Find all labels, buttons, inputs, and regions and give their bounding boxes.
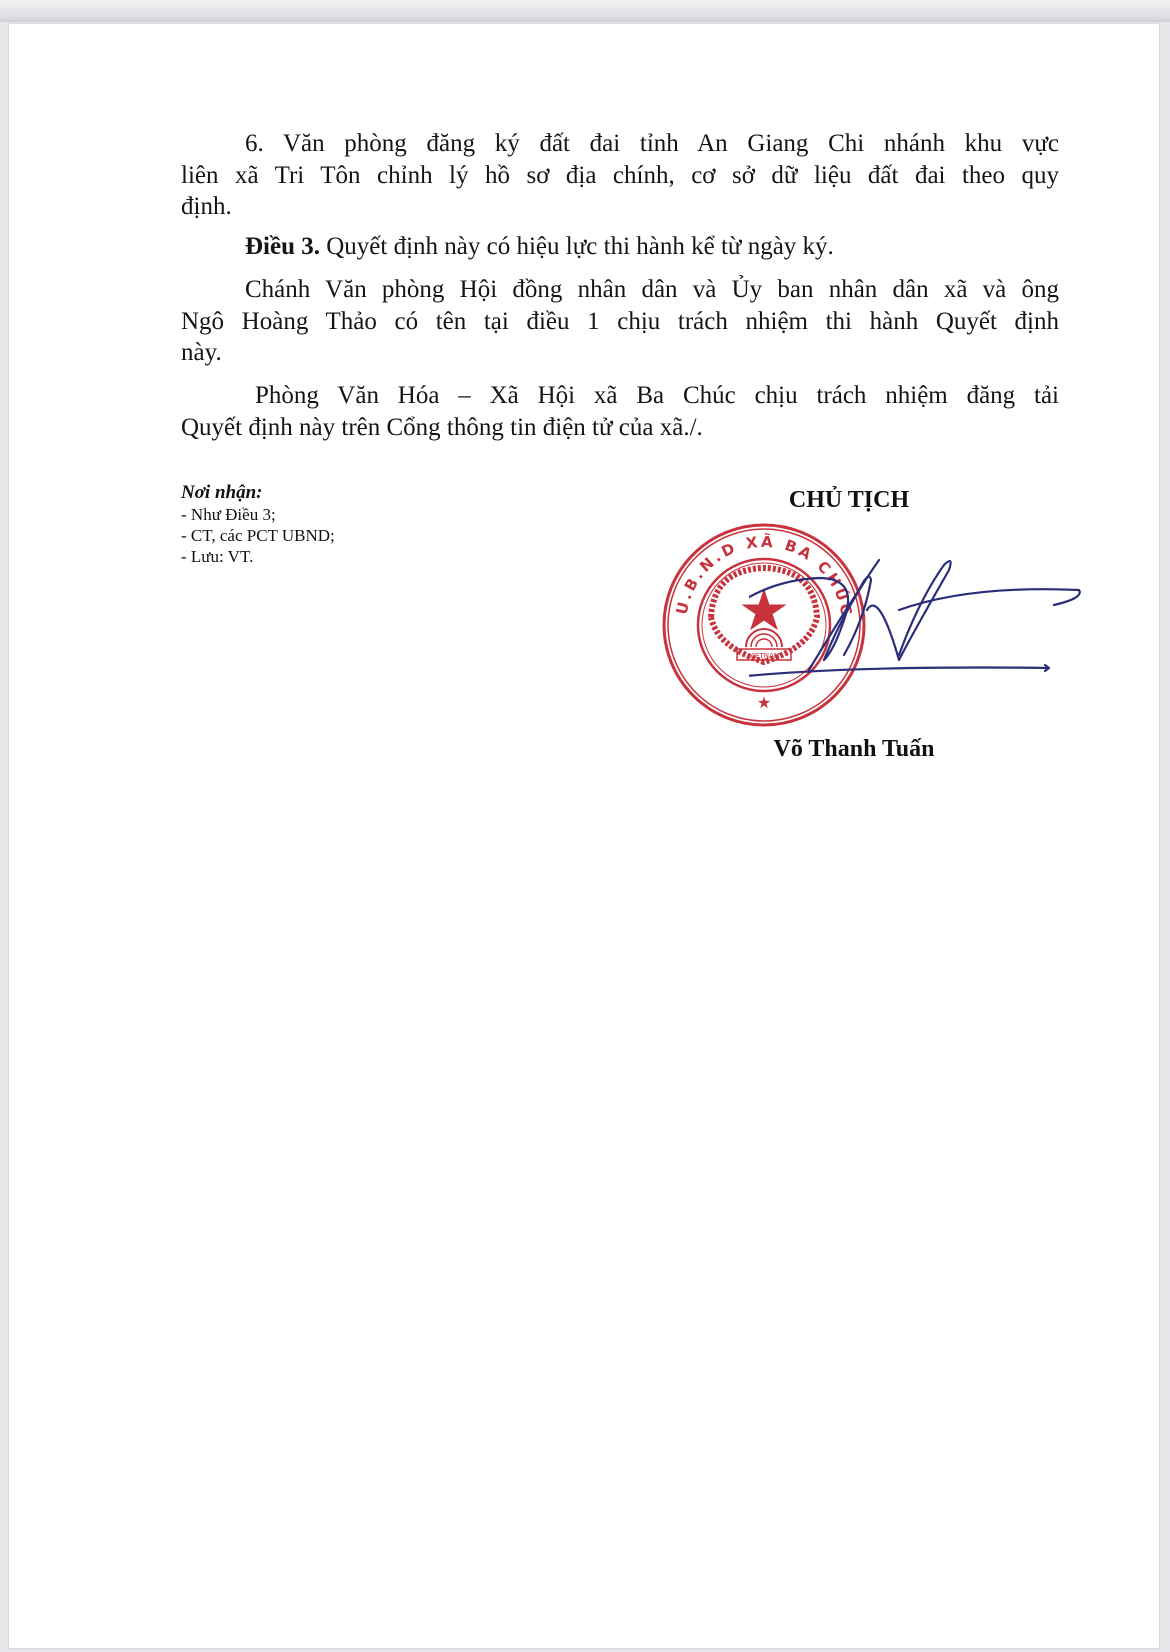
paragraph-line: Chánh Văn phòng Hội đồng nhân dân và Ủy … (181, 276, 1059, 308)
handwritten-signature-icon (749, 550, 1089, 690)
signer-title: CHỦ TỊCH (749, 487, 949, 514)
article-3-label: Điều 3. (245, 233, 320, 260)
article-3-text: Quyết định này có hiệu lực thi hành kể t… (320, 233, 834, 260)
paragraph-line: định. (181, 193, 1059, 225)
recipient-item: - CT, các PCT UBND; (181, 525, 335, 546)
paragraph-line: liên xã Tri Tôn chỉnh lý hồ sơ địa chính… (181, 162, 1059, 194)
paragraph-line: Ngô Hoàng Thảo có tên tại điều 1 chịu tr… (181, 308, 1059, 340)
viewer-top-strip (0, 0, 1170, 22)
paragraph-line: Phòng Văn Hóa – Xã Hội xã Ba Chúc chịu t… (181, 382, 1059, 414)
paragraph-line: 6. Văn phòng đăng ký đất đai tỉnh An Gia… (181, 130, 1059, 162)
recipient-item: - Lưu: VT. (181, 546, 335, 567)
recipients-block: Nơi nhận: - Như Điều 3; - CT, các PCT UB… (181, 482, 335, 567)
signer-name: Võ Thanh Tuấn (739, 736, 969, 763)
recipients-title: Nơi nhận: (181, 482, 335, 504)
document-page: 6. Văn phòng đăng ký đất đai tỉnh An Gia… (9, 24, 1159, 1648)
recipient-item: - Như Điều 3; (181, 504, 335, 525)
svg-text:★: ★ (757, 695, 771, 712)
paragraph-line: này. (181, 339, 1059, 371)
paragraph-line: Quyết định này trên Cổng thông tin điện … (181, 414, 1059, 446)
